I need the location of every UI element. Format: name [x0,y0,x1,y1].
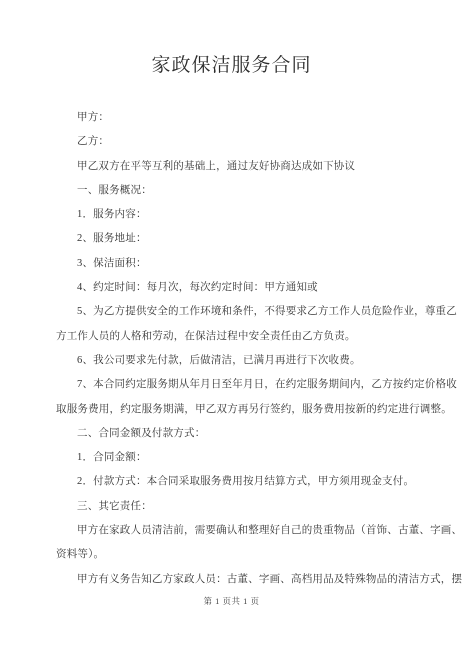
document-line: 1．服务内容： [56,203,445,227]
document-lines: 甲方：乙方：甲乙双方在平等互利的基础上，通过友好协商达成如下协议一、服务概况：1… [56,106,445,592]
document-line: 乙方： [56,130,445,154]
document-line: 方工作人员的人格和劳动，在保洁过程中安全责任由乙方负责。 [56,325,445,349]
document-line: 2．付款方式：本合同采取服务费用按月结算方式，甲方须用现金支付。 [56,470,445,494]
document-line: 二、合同金额及付款方式： [56,422,445,446]
document-line: 4、约定时间：每月次，每次约定时间：甲方通知或 [56,276,445,300]
document-line: 3、保洁面积： [56,252,445,276]
document-line: 7、本合同约定服务期从年月日至年月日，在约定服务期间内，乙方按约定价格收 [56,373,445,397]
document-title: 家政保洁服务合同 [0,0,463,80]
document-body: 甲方：乙方：甲乙双方在平等互利的基础上，通过友好协商达成如下协议一、服务概况：1… [0,106,463,592]
document-page: 家政保洁服务合同 甲方：乙方：甲乙双方在平等互利的基础上，通过友好协商达成如下协… [0,0,463,655]
document-line: 6、我公司要求先付款，后做清洁，已满月再进行下次收费。 [56,349,445,373]
document-line: 1．合同金额： [56,446,445,470]
document-line: 甲方： [56,106,445,130]
document-line: 资料等）。 [56,543,445,567]
document-line: 5、为乙方提供安全的工作环境和条件，不得要求乙方工作人员危险作业，尊重乙 [56,300,445,324]
document-line: 一、服务概况： [56,179,445,203]
document-line: 取服务费用，约定服务期满，甲乙双方再另行签约，服务费用按新的约定进行调整。 [56,398,445,422]
document-line: 2、服务地址： [56,227,445,251]
document-line: 甲方在家政人员清洁前，需要确认和整理好自己的贵重物品（首饰、古董、字画、 [56,519,445,543]
document-line: 甲乙双方在平等互利的基础上，通过友好协商达成如下协议 [56,155,445,179]
page-number-footer: 第 1 页共 1 页 [0,595,463,607]
document-line: 三、其它责任： [56,495,445,519]
document-line: 甲方有义务告知乙方家政人员：古董、字画、高档用品及特殊物品的清洁方式，摆 [56,568,445,592]
